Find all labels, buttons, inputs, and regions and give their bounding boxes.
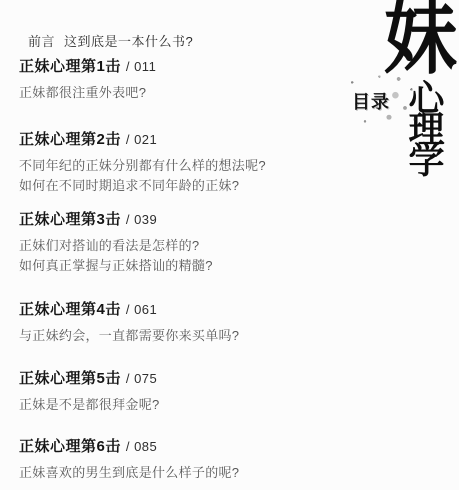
toc-badge: 目录 xyxy=(352,88,390,114)
chapter-description: 正妹喜欢的男生到底是什么样子的呢? xyxy=(19,463,349,483)
ink-splatter-decoration: 目录 xyxy=(341,72,421,130)
chapter-title: 正妹心理第1击 xyxy=(19,58,121,75)
chapter-title: 正妹心理第6击 xyxy=(19,438,121,455)
chapter-heading: 正妹心理第5击/ 075 xyxy=(19,369,349,389)
chapter-page-number: / 021 xyxy=(126,132,157,147)
chapter-page-number: / 039 xyxy=(126,212,157,227)
chapter-description: 如何在不同时期追求不同年龄的正妹? xyxy=(19,176,349,196)
toc-entry: 正妹心理第2击/ 021 不同年纪的正妹分别都有什么样的想法呢? 如何在不同时期… xyxy=(19,130,349,196)
preface-label: 前言 xyxy=(28,34,55,49)
toc-entry: 正妹心理第3击/ 039 正妹们对搭讪的看法是怎样的? 如何真正掌握与正妹搭讪的… xyxy=(19,210,349,276)
chapter-heading: 正妹心理第3击/ 039 xyxy=(19,210,349,230)
chapter-description: 与正妹约会，一直都需要你来买单吗? xyxy=(19,326,349,346)
chapter-title: 正妹心理第3击 xyxy=(19,211,121,228)
chapter-page-number: / 085 xyxy=(126,439,157,454)
chapter-page-number: / 011 xyxy=(126,59,156,74)
chapter-heading: 正妹心理第2击/ 021 xyxy=(19,130,349,150)
toc-entry: 正妹心理第1击/ 011 正妹都很注重外表吧? xyxy=(19,57,349,103)
chapter-title: 正妹心理第4击 xyxy=(19,301,121,318)
chapter-page-number: / 061 xyxy=(126,302,157,317)
chapter-description: 正妹是不是都很拜金呢? xyxy=(19,395,349,415)
chapter-description: 如何真正掌握与正妹搭讪的精髓? xyxy=(19,256,349,276)
chapter-title: 正妹心理第2击 xyxy=(19,131,121,148)
chapter-description: 正妹都很注重外表吧? xyxy=(19,83,349,103)
chapter-heading: 正妹心理第6击/ 085 xyxy=(19,437,349,457)
chapter-title: 正妹心理第5击 xyxy=(19,370,121,387)
preface-line: 前言这到底是一本什么书? xyxy=(28,31,193,50)
toc-entry: 正妹心理第5击/ 075 正妹是不是都很拜金呢? xyxy=(19,369,349,415)
chapter-description: 正妹们对搭讪的看法是怎样的? xyxy=(19,236,349,256)
preface-title: 这到底是一本什么书? xyxy=(64,34,193,49)
chapter-heading: 正妹心理第4击/ 061 xyxy=(19,300,349,320)
chapter-description: 不同年纪的正妹分别都有什么样的想法呢? xyxy=(19,156,349,176)
toc-entry: 正妹心理第6击/ 085 正妹喜欢的男生到底是什么样子的呢? xyxy=(19,437,349,483)
book-title-big-char: 妹 xyxy=(384,0,457,79)
chapter-heading: 正妹心理第1击/ 011 xyxy=(19,57,349,77)
chapter-page-number: / 075 xyxy=(126,371,157,386)
toc-entry: 正妹心理第4击/ 061 与正妹约会，一直都需要你来买单吗? xyxy=(19,300,349,346)
